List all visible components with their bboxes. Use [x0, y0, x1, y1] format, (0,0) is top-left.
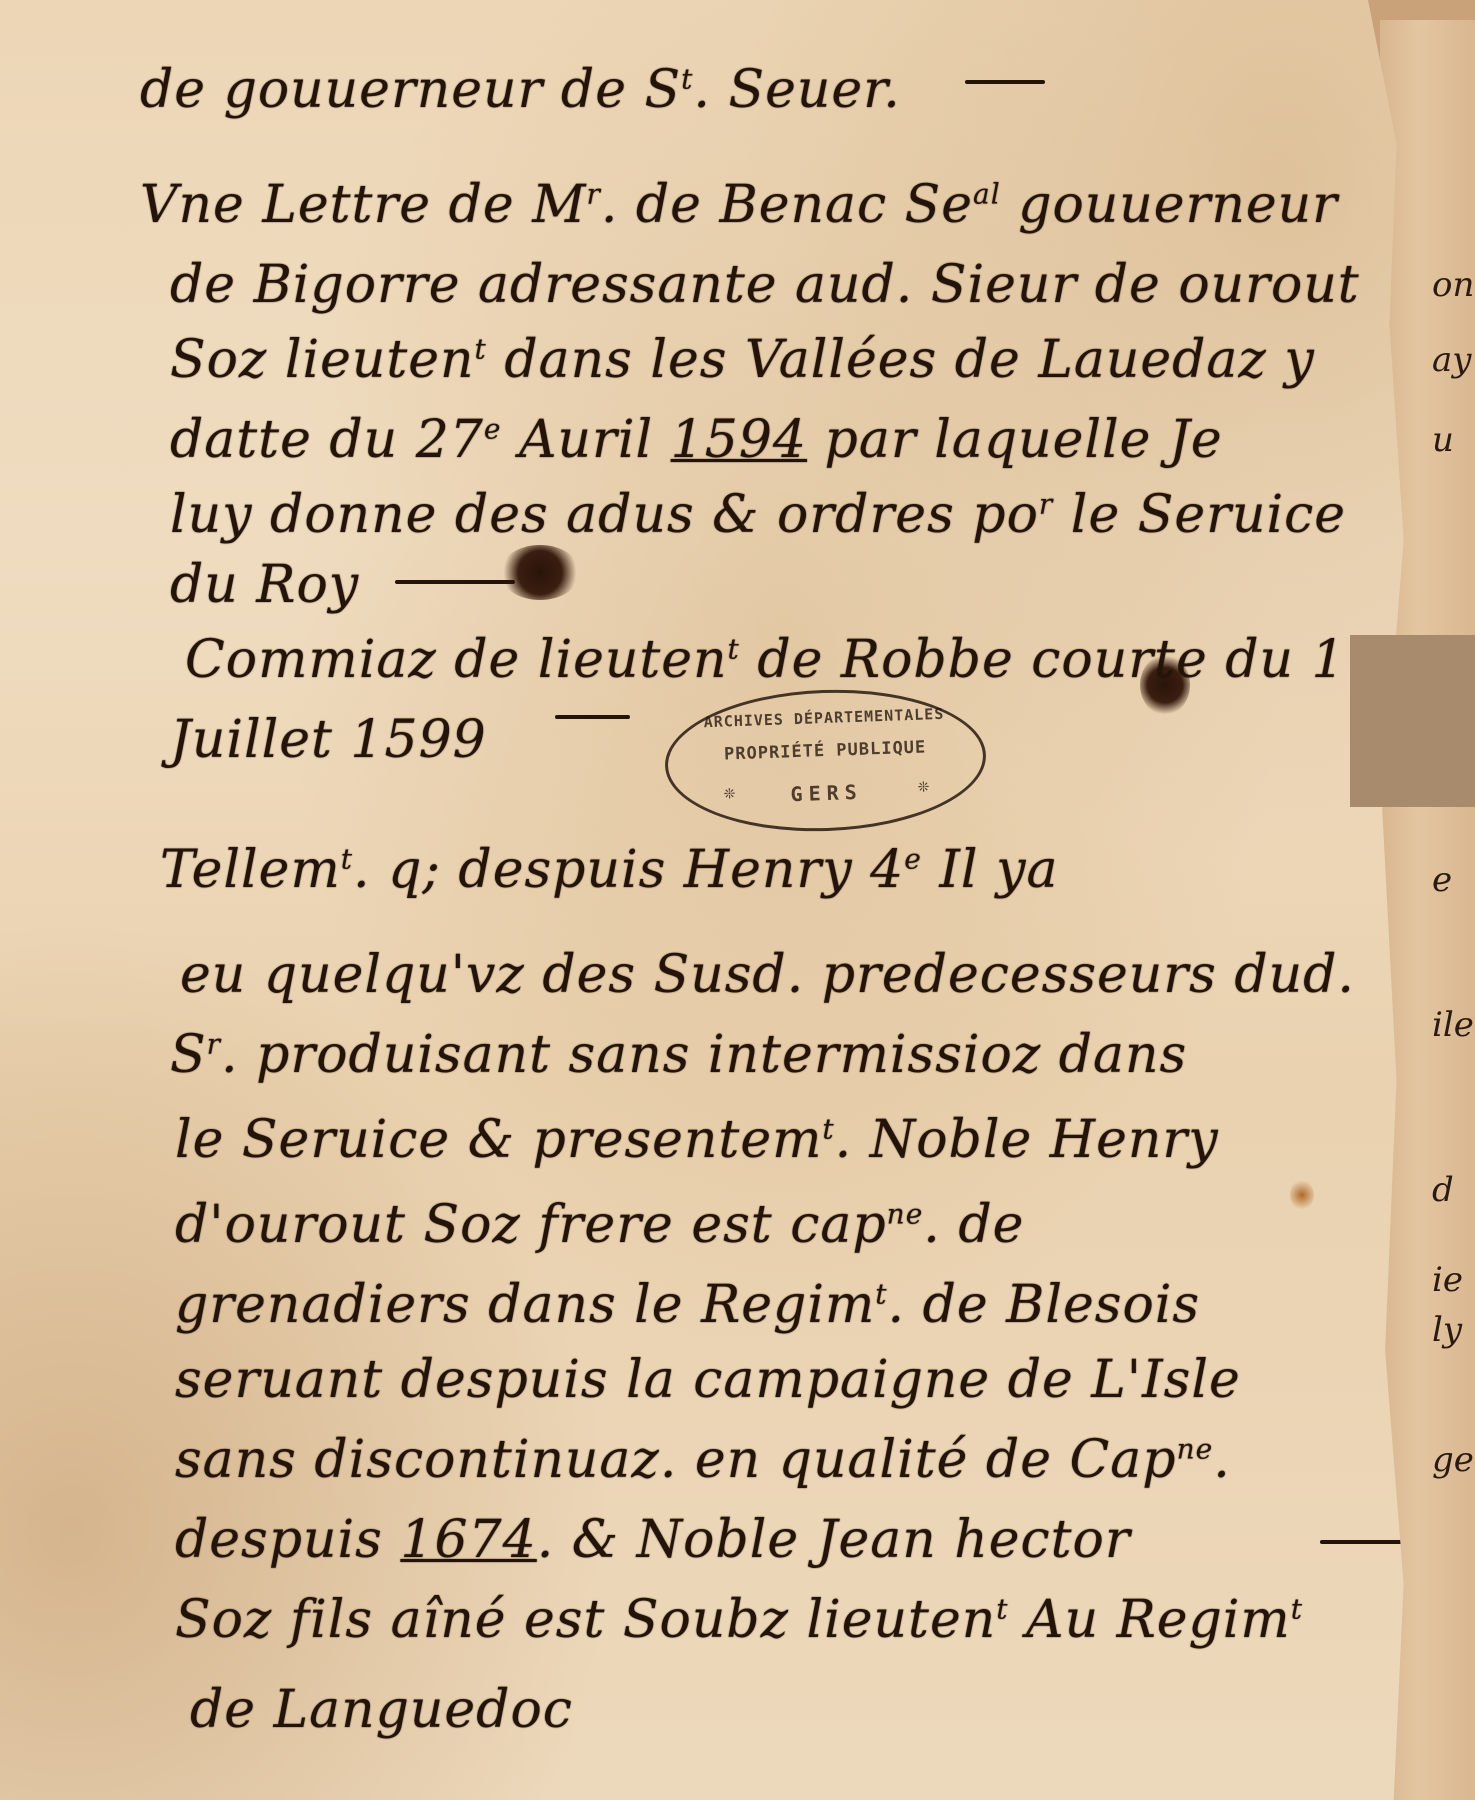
- archive-stamp: ARCHIVES DÉPARTEMENTALES PROPRIÉTÉ PUBLI…: [663, 684, 989, 836]
- margin-fragment: ly: [1432, 1310, 1462, 1350]
- ink-blot: [500, 545, 580, 600]
- text-line-4: Soz lieutent dans les Vallées de Lauedaz…: [170, 330, 1315, 390]
- line-filler-dash: [555, 715, 630, 719]
- rust-spot: [1290, 1180, 1314, 1210]
- line-filler-dash: [395, 580, 515, 584]
- text-line-17: sans discontinuaz. en qualité de Capne.: [175, 1430, 1231, 1490]
- margin-fragment: ie: [1432, 1260, 1463, 1300]
- text-line-9: Juillet 1599: [170, 710, 487, 770]
- text-line-15: grenadiers dans le Regimt. de Blesois: [175, 1275, 1200, 1335]
- margin-fragment: on: [1432, 265, 1474, 305]
- margin-fragment: ile: [1432, 1005, 1474, 1045]
- redaction-patch: [1350, 635, 1475, 807]
- margin-fragment: ge: [1432, 1440, 1474, 1480]
- stamp-top-text: ARCHIVES DÉPARTEMENTALES: [676, 704, 971, 732]
- line-filler-dash: [1320, 1540, 1405, 1544]
- text-line-16: seruant despuis la campaigne de L'Isle: [175, 1350, 1241, 1410]
- stamp-middle-text: PROPRIÉTÉ PUBLIQUE: [687, 736, 963, 766]
- line-filler-dash: [965, 80, 1045, 84]
- text-line-3: de Bigorre adressante aud. Sieur de ouro…: [170, 255, 1360, 315]
- text-line-20: de Languedoc: [190, 1680, 573, 1740]
- text-line-19: Soz fils aîné est Soubz lieutent Au Regi…: [175, 1590, 1303, 1650]
- text-line-8: Commiaz de lieutent de Robbe courte du 1…: [185, 630, 1397, 690]
- text-line-6: luy donne des adus & ordres por le Serui…: [170, 485, 1346, 545]
- text-line-18: despuis 1674. & Noble Jean hector: [175, 1510, 1131, 1570]
- text-line-1: de gouuerneur de St. Seuer.: [140, 60, 901, 120]
- stamp-ornament-icon: ❊: [918, 775, 930, 796]
- manuscript-page: de gouuerneur de St. Seuer. Vne Lettre d…: [0, 0, 1425, 1800]
- text-line-2: Vne Lettre de Mr. de Benac Seal gouuerne…: [140, 175, 1338, 235]
- margin-fragment: d: [1432, 1170, 1454, 1210]
- margin-fragment: ay: [1432, 340, 1471, 380]
- text-line-12: Sr. produisant sans intermissioz dans: [170, 1025, 1187, 1085]
- text-line-11: eu quelqu'vz des Susd. predecesseurs dud…: [180, 945, 1355, 1005]
- text-line-13: le Seruice & presentemt. Noble Henry: [175, 1110, 1219, 1170]
- text-line-14: d'ourout Soz frere est capne. de: [175, 1195, 1024, 1255]
- stamp-bottom-text: GERS: [669, 775, 985, 810]
- text-line-10: Tellemt. q; despuis Henry 4e Il ya: [160, 840, 1058, 900]
- text-line-5: datte du 27e Auril 1594 par laquelle Je: [170, 410, 1223, 470]
- text-line-7: du Roy: [170, 555, 359, 615]
- margin-fragment: u: [1432, 420, 1454, 460]
- margin-fragment: e: [1432, 860, 1452, 900]
